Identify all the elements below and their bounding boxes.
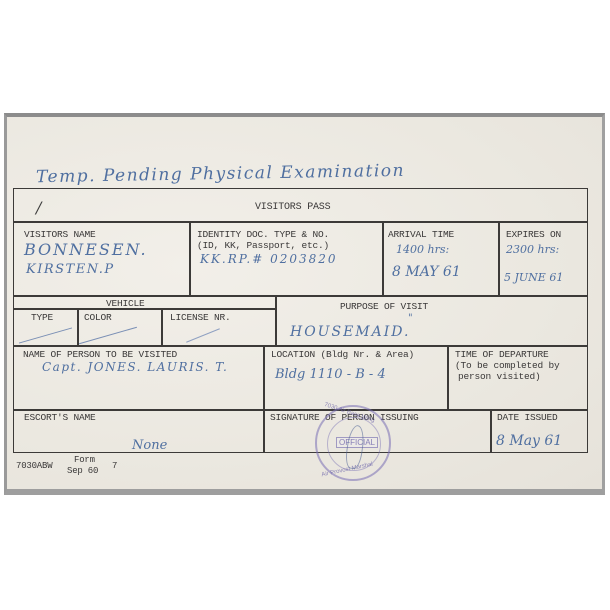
arrival-time-value[interactable]: 1400 hrs:: [396, 243, 449, 256]
escort-value[interactable]: None: [132, 438, 167, 453]
purpose-label: PURPOSE OF VISIT: [340, 301, 428, 312]
rule-v1: [189, 221, 191, 295]
arrival-date-value[interactable]: 8 MAY 61: [392, 264, 461, 280]
expires-date-value[interactable]: 5 JUNE 61: [504, 271, 563, 284]
visitors-name-surname[interactable]: BONNESEN.: [24, 240, 148, 259]
date-issued-value[interactable]: 8 May 61: [496, 433, 562, 449]
arrival-time-label: ARRIVAL TIME: [388, 229, 454, 240]
identity-doc-sublabel: (ID, KK, Passport, etc.): [197, 240, 329, 251]
form-unit: 7030ABW: [16, 461, 52, 472]
rule-v2: [382, 221, 384, 295]
purpose-value[interactable]: HOUSEMAID.: [290, 324, 410, 340]
rule-v7: [263, 345, 265, 453]
identity-doc-label: IDENTITY DOC. TYPE & NO.: [197, 229, 329, 240]
vehicle-label: VEHICLE: [106, 298, 145, 309]
rule-v4: [77, 308, 79, 345]
vehicle-type-label: TYPE: [31, 312, 53, 323]
location-label: LOCATION (Bldg Nr. & Area): [271, 349, 414, 360]
expires-on-label: EXPIRES ON: [506, 229, 561, 240]
escort-label: ESCORT'S NAME: [24, 412, 96, 423]
form-date: Sep 60: [67, 466, 98, 477]
rule-v3: [498, 221, 500, 295]
rule-v6: [275, 295, 277, 345]
visitors-name-given[interactable]: KIRSTEN.P: [26, 262, 115, 277]
departure-label: TIME OF DEPARTURE: [455, 349, 549, 360]
rule-row2-top: [13, 295, 588, 297]
form-word: Form: [74, 455, 95, 466]
vehicle-color-label: COLOR: [84, 312, 112, 323]
purpose-ditto: ": [408, 313, 413, 324]
rule-row1-top: [13, 221, 588, 223]
expires-time-value[interactable]: 2300 hrs:: [506, 243, 559, 256]
rule-row3-top: [13, 345, 588, 347]
rule-v5: [161, 308, 163, 345]
departure-sublabel-1: (To be completed by: [455, 360, 560, 371]
form-title: VISITORS PASS: [255, 202, 330, 213]
person-visited-label: NAME OF PERSON TO BE VISITED: [23, 349, 177, 360]
rule-v8: [447, 345, 449, 409]
date-issued-label: DATE ISSUED: [497, 412, 558, 423]
person-visited-value[interactable]: Capt. JONES. LAURIS. T.: [42, 360, 228, 374]
rule-v9: [490, 409, 492, 453]
location-value[interactable]: Bldg 1110 - B - 4: [275, 367, 386, 382]
license-label: LICENSE NR.: [170, 312, 231, 323]
rule-row4-top: [13, 409, 588, 411]
visitors-name-label: VISITORS NAME: [24, 229, 96, 240]
official-stamp: 7030 Air Base Wing OFFICIAL Air Provost …: [315, 405, 391, 481]
form-number: 7: [112, 461, 117, 472]
departure-sublabel-2: person visited): [458, 371, 541, 382]
identity-doc-value[interactable]: KK.RP.# 0203820: [200, 252, 338, 266]
